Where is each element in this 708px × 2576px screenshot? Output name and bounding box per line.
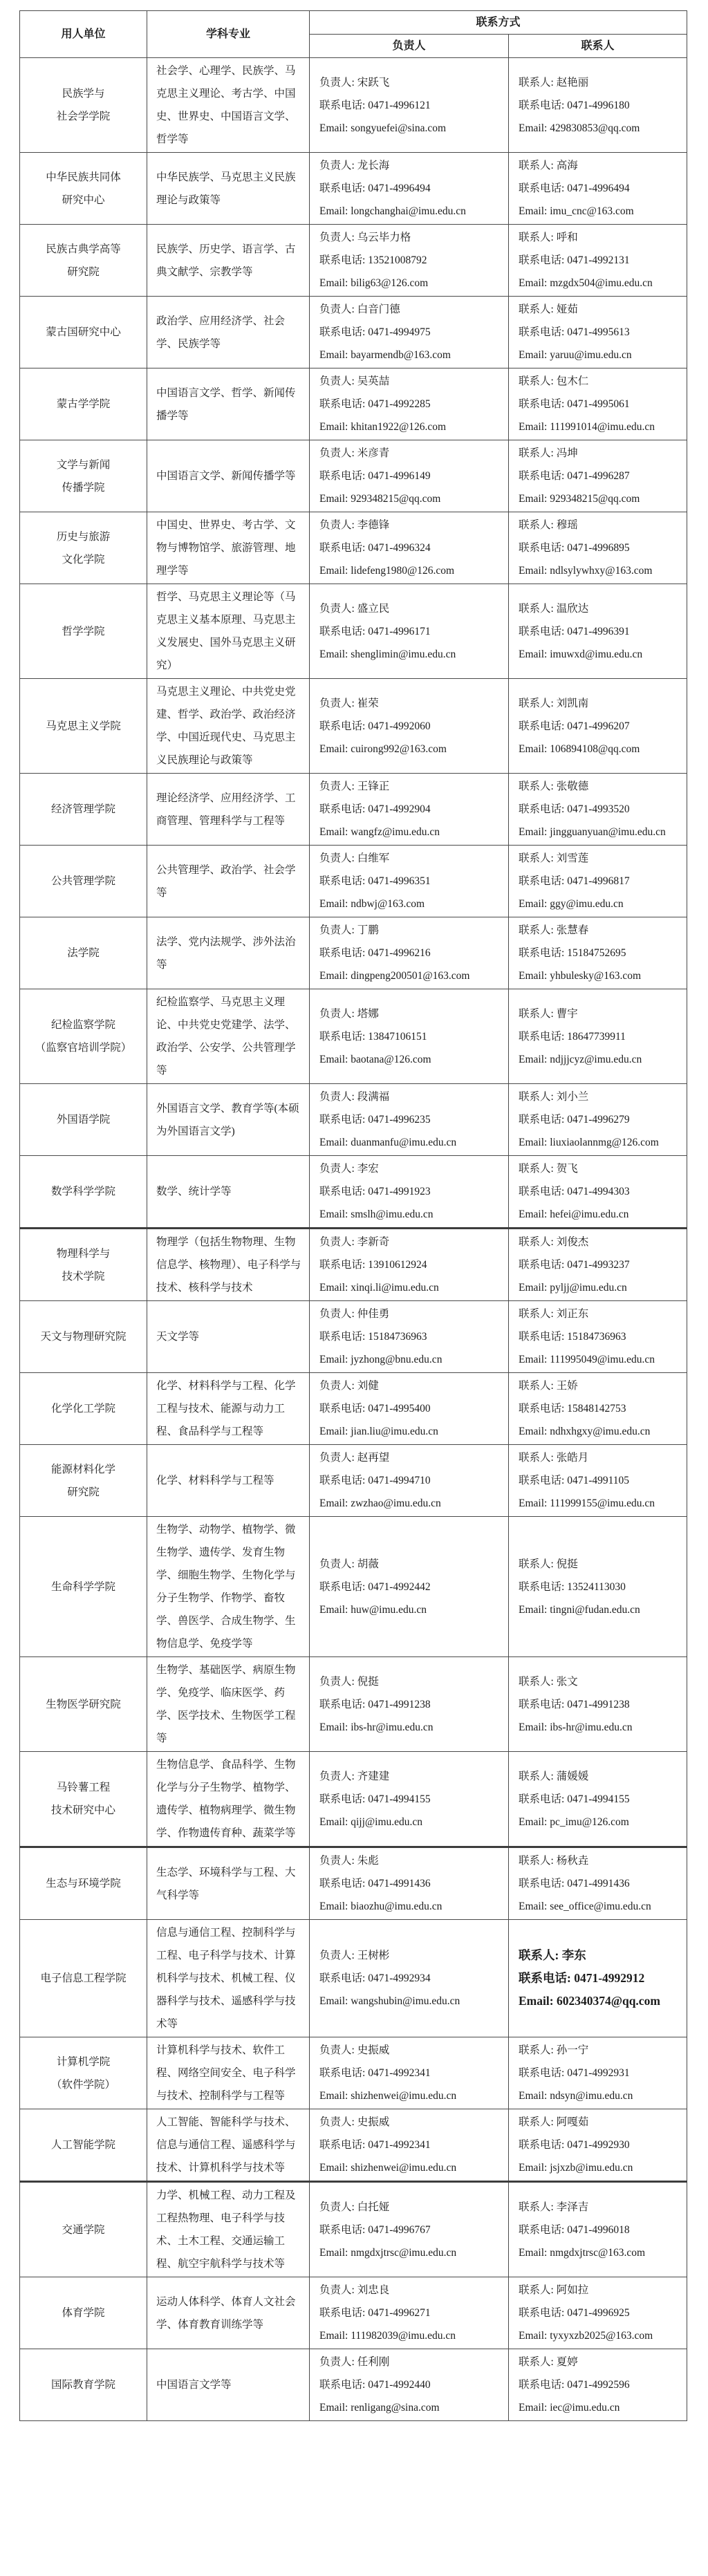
unit-cell: 民族学与 社会学学院 xyxy=(20,58,147,153)
table-row: 哲学学院哲学、马克思主义理论等（马克思主义基本原理、马克思主义发展史、国外马克思… xyxy=(20,584,687,679)
contact-email-line-label: Email xyxy=(519,421,544,433)
leader-name-line-label: 负责人 xyxy=(319,1380,352,1392)
contact-name-line: 联系人: 倪挺 xyxy=(519,1553,682,1576)
contact-phone-line-label: 联系电话 xyxy=(519,947,561,959)
contact-email-line-label: Email xyxy=(519,2162,544,2174)
leader-email-line-value: jian.liu@imu.edu.cn xyxy=(351,1426,438,1437)
contact-email-line-label: Email xyxy=(519,1604,544,1616)
leader-email-line-label: Email xyxy=(319,1721,345,1733)
leader-email-line-value: dingpeng200501@163.com xyxy=(351,970,469,982)
leader-email-line: Email: biaozhu@imu.edu.cn xyxy=(319,1895,504,1918)
contact-phone-line-label: 联系电话 xyxy=(519,1475,561,1486)
leader-email-line-label: Email xyxy=(319,1354,345,1365)
leader-name-line-label: 负责人 xyxy=(319,1163,352,1175)
leader-name-line-label: 负责人 xyxy=(319,519,352,531)
contact-email-line-label: Email xyxy=(519,349,544,361)
contact-name-line-label: 联系人 xyxy=(519,1008,551,1020)
contact-name-line: 联系人: 孙一宁 xyxy=(519,2039,682,2062)
leader-email-line-label: Email xyxy=(319,1282,345,1294)
leader-cell: 负责人: 吴英喆联系电话: 0471-4992285Email: khitan1… xyxy=(310,368,509,440)
contact-email-line-value: iec@imu.edu.cn xyxy=(550,2402,619,2414)
header-major: 学科专业 xyxy=(147,11,310,58)
major-cell: 物理学（包括生物物理、生物信息学、核物理）、电子科学与技术、核科学与技术 xyxy=(147,1229,310,1301)
leader-phone-line-value: 0471-4996235 xyxy=(368,1114,430,1126)
contact-phone-line-value: 0471-4992930 xyxy=(567,2139,629,2151)
contact-cell: 联系人: 蒲媛媛联系电话: 0471-4994155Email: pc_imu@… xyxy=(509,1752,687,1847)
leader-cell: 负责人: 段满福联系电话: 0471-4996235Email: duanman… xyxy=(310,1084,509,1156)
contact-name-line-label: 联系人 xyxy=(519,2284,551,2296)
contact-phone-line-label: 联系电话 xyxy=(519,1403,561,1415)
leader-phone-line-label: 联系电话 xyxy=(319,542,362,554)
table-row: 民族古典学高等 研究院民族学、历史学、语言学、古典文献学、宗教学等负责人: 乌云… xyxy=(20,225,687,297)
unit-cell: 马铃薯工程 技术研究中心 xyxy=(20,1752,147,1847)
contact-phone-line-value: 0471-4996895 xyxy=(567,542,629,554)
leader-phone-line: 联系电话: 0471-4992285 xyxy=(319,393,504,416)
contact-cell: 联系人: 刘小兰联系电话: 0471-4996279Email: liuxiao… xyxy=(509,1084,687,1156)
leader-phone-line-value: 0471-4994975 xyxy=(368,326,430,338)
contact-email-line-value: jingguanyuan@imu.edu.cn xyxy=(550,826,666,838)
leader-name-line-label: 负责人 xyxy=(319,781,352,792)
leader-cell: 负责人: 李德锋联系电话: 0471-4996324Email: lidefen… xyxy=(310,512,509,584)
contact-phone-line-value: 0471-4991238 xyxy=(567,1699,629,1710)
leader-email-line: Email: 111982039@imu.edu.cn xyxy=(319,2324,504,2347)
leader-name-line-value: 胡薇 xyxy=(357,1558,379,1570)
contact-name-line-value: 刘雪莲 xyxy=(557,852,589,864)
major-cell: 中国语言文学、哲学、新闻传播学等 xyxy=(147,368,310,440)
leader-email-line-value: jyzhong@bnu.edu.cn xyxy=(351,1354,442,1365)
contact-name-line-label: 联系人 xyxy=(519,2116,551,2128)
leader-name-line: 负责人: 任利刚 xyxy=(319,2351,504,2373)
contact-name-line: 联系人: 蒲媛媛 xyxy=(519,1765,682,1788)
contact-email-line-label: Email xyxy=(519,205,544,217)
major-cell: 理论经济学、应用经济学、工商管理、管理科学与工程等 xyxy=(147,774,310,846)
major-cell: 哲学、马克思主义理论等（马克思主义基本原理、马克思主义发展史、国外马克思主义研究… xyxy=(147,584,310,679)
leader-phone-line-label: 联系电话 xyxy=(319,1031,362,1043)
contact-email-line-label: Email xyxy=(519,1994,550,2008)
leader-email-line-value: 929348215@qq.com xyxy=(351,493,440,505)
contact-phone-line: 联系电话: 0471-4992931 xyxy=(519,2062,682,2084)
major-cell: 数学、统计学等 xyxy=(147,1156,310,1229)
contact-email-line-value: 602340374@qq.com xyxy=(557,1994,660,2008)
leader-name-line-value: 乌云毕力格 xyxy=(357,232,411,243)
unit-cell: 民族古典学高等 研究院 xyxy=(20,225,147,297)
contact-name-line-value: 呼和 xyxy=(557,232,578,243)
leader-cell: 负责人: 塔娜联系电话: 13847106151Email: baotana@1… xyxy=(310,989,509,1084)
leader-email-line: Email: longchanghai@imu.edu.cn xyxy=(319,200,504,223)
contact-cell: 联系人: 刘凯南联系电话: 0471-4996207Email: 1068941… xyxy=(509,679,687,774)
leader-phone-line-value: 0471-4996767 xyxy=(368,2224,430,2236)
leader-phone-line: 联系电话: 0471-4996171 xyxy=(319,620,504,643)
leader-email-line: Email: huw@imu.edu.cn xyxy=(319,1598,504,1621)
major-cell: 生物信息学、食品科学、生物化学与分子生物学、植物学、遗传学、植物病理学、微生物学… xyxy=(147,1752,310,1847)
leader-phone-line-value: 0471-4996171 xyxy=(368,626,430,637)
leader-name-line-label: 负责人 xyxy=(319,2201,352,2213)
leader-email-line: Email: xinqi.li@imu.edu.cn xyxy=(319,1276,504,1299)
contact-email-line: Email: 111995049@imu.edu.cn xyxy=(519,1348,682,1371)
contact-phone-line-label: 联系电话 xyxy=(519,1186,561,1197)
leader-phone-line-value: 0471-4996149 xyxy=(368,470,430,482)
document-page: 用人单位 学科专业 联系方式 负责人 联系人 民族学与 社会学学院社会学、心理学… xyxy=(0,0,708,2432)
contact-phone-line-value: 0471-4992931 xyxy=(567,2067,629,2079)
leader-cell: 负责人: 胡薇联系电话: 0471-4992442Email: huw@imu.… xyxy=(310,1517,509,1657)
contact-email-line-value: ndsyn@imu.edu.cn xyxy=(550,2090,633,2102)
contact-email-line-value: 111995049@imu.edu.cn xyxy=(550,1354,655,1365)
leader-name-line-label: 负责人 xyxy=(319,2044,352,2056)
leader-name-line-value: 宋跃飞 xyxy=(357,77,390,88)
contact-email-line-label: Email xyxy=(519,1497,544,1509)
unit-cell: 国际教育学院 xyxy=(20,2349,147,2421)
contact-email-line: Email: 111999155@imu.edu.cn xyxy=(519,1492,682,1515)
unit-cell: 化学化工学院 xyxy=(20,1373,147,1445)
leader-phone-line-value: 0471-4992285 xyxy=(368,398,430,410)
contact-phone-line: 联系电话: 0471-4996180 xyxy=(519,94,682,117)
leader-phone-line: 联系电话: 13847106151 xyxy=(319,1025,504,1048)
contact-email-line-label: Email xyxy=(519,1282,544,1294)
major-cell: 中国语言文学、新闻传播学等 xyxy=(147,440,310,512)
contact-email-line: Email: 602340374@qq.com xyxy=(519,1990,682,2013)
leader-name-line-label: 负责人 xyxy=(319,698,352,709)
contact-email-line-label: Email xyxy=(519,648,544,660)
contact-name-line-value: 温欣达 xyxy=(557,603,589,615)
leader-name-line-value: 齐建建 xyxy=(357,1771,390,1782)
contact-email-line-label: Email xyxy=(519,565,544,577)
leader-name-line: 负责人: 史振威 xyxy=(319,2111,504,2134)
leader-email-line-label: Email xyxy=(319,1137,345,1148)
contact-cell: 联系人: 赵艳丽联系电话: 0471-4996180Email: 4298308… xyxy=(509,58,687,153)
contact-name-line-label: 联系人 xyxy=(519,447,551,459)
leader-email-line: Email: ibs-hr@imu.edu.cn xyxy=(319,1716,504,1739)
major-cell: 运动人体科学、体育人文社会学、体育教育训练学等 xyxy=(147,2277,310,2349)
leader-cell: 负责人: 白托娅联系电话: 0471-4996767Email: nmgdxjt… xyxy=(310,2182,509,2277)
leader-cell: 负责人: 史振威联系电话: 0471-4992341Email: shizhen… xyxy=(310,2037,509,2109)
major-cell: 公共管理学、政治学、社会学等 xyxy=(147,846,310,917)
leader-name-line-value: 倪挺 xyxy=(357,1676,379,1688)
leader-cell: 负责人: 米彦青联系电话: 0471-4996149Email: 9293482… xyxy=(310,440,509,512)
contact-phone-line-value: 0471-4992596 xyxy=(567,2379,629,2391)
leader-cell: 负责人: 任利刚联系电话: 0471-4992440Email: renliga… xyxy=(310,2349,509,2421)
contact-cell: 联系人: 冯坤联系电话: 0471-4996287Email: 92934821… xyxy=(509,440,687,512)
contact-name-line-label: 联系人 xyxy=(519,375,551,387)
leader-name-line-label: 负责人 xyxy=(319,232,352,243)
contact-name-line-label: 联系人 xyxy=(519,1163,551,1175)
leader-phone-line-label: 联系电话 xyxy=(319,1259,362,1271)
leader-name-line: 负责人: 龙长海 xyxy=(319,154,504,177)
contact-name-line-value: 张皓月 xyxy=(557,1452,589,1464)
contact-name-line-value: 张敬德 xyxy=(557,781,589,792)
contact-email-line-label: Email xyxy=(519,743,544,755)
major-cell: 法学、党内法规学、涉外法治等 xyxy=(147,917,310,989)
leader-email-line-label: Email xyxy=(319,1208,345,1220)
leader-email-line-label: Email xyxy=(319,205,345,217)
contact-phone-line-value: 0471-4996287 xyxy=(567,470,629,482)
contact-phone-line: 联系电话: 0471-4995061 xyxy=(519,393,682,416)
contact-email-line: Email: jingguanyuan@imu.edu.cn xyxy=(519,821,682,843)
leader-name-line-value: 史振威 xyxy=(357,2116,390,2128)
contact-name-line: 联系人: 刘俊杰 xyxy=(519,1231,682,1253)
contact-email-line-label: Email xyxy=(519,1137,544,1148)
contact-name-line: 联系人: 高海 xyxy=(519,154,682,177)
contact-email-line-value: 111991014@imu.edu.cn xyxy=(550,421,655,433)
leader-phone-line: 联系电话: 0471-4996216 xyxy=(319,942,504,964)
leader-name-line: 负责人: 倪挺 xyxy=(319,1670,504,1693)
contact-email-line: Email: tingni@fudan.edu.cn xyxy=(519,1598,682,1621)
leader-email-line-value: bilig63@126.com xyxy=(351,277,428,289)
leader-email-line: Email: bayarmendb@163.com xyxy=(319,344,504,366)
leader-email-line: Email: dingpeng200501@163.com xyxy=(319,964,504,987)
leader-name-line-value: 李德锋 xyxy=(357,519,390,531)
leader-cell: 负责人: 白维军联系电话: 0471-4996351Email: ndbwj@1… xyxy=(310,846,509,917)
leader-email-line-label: Email xyxy=(319,2090,345,2102)
unit-cell: 法学院 xyxy=(20,917,147,989)
leader-name-line-value: 任利刚 xyxy=(357,2356,390,2368)
contact-name-line-value: 王娇 xyxy=(557,1380,578,1392)
contact-name-line-label: 联系人 xyxy=(519,781,551,792)
contact-name-line-value: 蒲媛媛 xyxy=(557,1771,589,1782)
leader-name-line-value: 李宏 xyxy=(357,1163,379,1175)
contact-cell: 联系人: 曹宇联系电话: 18647739911Email: ndjjjcyz@… xyxy=(509,989,687,1084)
unit-cell: 纪检监察学院 （监察官培训学院） xyxy=(20,989,147,1084)
contact-phone-line-value: 0471-4995061 xyxy=(567,398,629,410)
major-cell: 马克思主义理论、中共党史党建、哲学、政治学、政治经济学、中国近现代史、马克思主义… xyxy=(147,679,310,774)
leader-phone-line-label: 联系电话 xyxy=(319,2379,362,2391)
leader-email-line: Email: zwzhao@imu.edu.cn xyxy=(319,1492,504,1515)
contact-name-line: 联系人: 温欣达 xyxy=(519,597,682,620)
leader-name-line-label: 负责人 xyxy=(319,1855,352,1867)
contact-phone-line: 联系电话: 18647739911 xyxy=(519,1025,682,1048)
leader-email-line-label: Email xyxy=(319,898,345,910)
table-row: 法学院法学、党内法规学、涉外法治等负责人: 丁鹏联系电话: 0471-49962… xyxy=(20,917,687,989)
contact-name-line-value: 娅茹 xyxy=(557,304,578,315)
contact-phone-line: 联系电话: 15848142753 xyxy=(519,1397,682,1420)
contact-name-line: 联系人: 娅茹 xyxy=(519,298,682,321)
table-row: 纪检监察学院 （监察官培训学院）纪检监察学、马克思主义理论、中共党史党建学、法学… xyxy=(20,989,687,1084)
contact-cell: 联系人: 高海联系电话: 0471-4996494Email: imu_cnc@… xyxy=(509,153,687,225)
leader-phone-line-value: 0471-4996121 xyxy=(368,100,430,111)
leader-cell: 负责人: 乌云毕力格联系电话: 13521008792Email: bilig6… xyxy=(310,225,509,297)
contact-phone-line-value: 0471-4996207 xyxy=(567,720,629,732)
leader-email-line: Email: ndbwj@163.com xyxy=(319,893,504,915)
contact-phone-line: 联系电话: 0471-4996895 xyxy=(519,536,682,559)
leader-email-line-value: bayarmendb@163.com xyxy=(351,349,451,361)
contact-name-line-value: 穆瑶 xyxy=(557,519,578,531)
leader-email-line: Email: jian.liu@imu.edu.cn xyxy=(319,1420,504,1443)
leader-phone-line-value: 0471-4994710 xyxy=(368,1475,430,1486)
major-cell: 中国史、世界史、考古学、文物与博物馆学、旅游管理、地理学等 xyxy=(147,512,310,584)
leader-name-line-value: 龙长海 xyxy=(357,160,390,171)
leader-name-line-value: 刘忠良 xyxy=(357,2284,390,2296)
contact-phone-line-label: 联系电话 xyxy=(519,2224,561,2236)
contact-name-line-value: 倪挺 xyxy=(557,1558,578,1570)
contact-name-line: 联系人: 包木仁 xyxy=(519,370,682,393)
leader-email-line: Email: bilig63@126.com xyxy=(319,272,504,295)
contact-email-line-value: ibs-hr@imu.edu.cn xyxy=(550,1721,632,1733)
table-row: 蒙古学学院中国语言文学、哲学、新闻传播学等负责人: 吴英喆联系电话: 0471-… xyxy=(20,368,687,440)
table-row: 民族学与 社会学学院社会学、心理学、民族学、马克思主义理论、考古学、中国史、世界… xyxy=(20,58,687,153)
unit-cell: 电子信息工程学院 xyxy=(20,1920,147,2037)
contact-phone-line-label: 联系电话 xyxy=(519,626,561,637)
contact-email-line: Email: pyljj@imu.edu.cn xyxy=(519,1276,682,1299)
contact-phone-line-label: 联系电话 xyxy=(519,326,561,338)
leader-name-line-value: 盛立民 xyxy=(357,603,390,615)
leader-email-line: Email: smslh@imu.edu.cn xyxy=(319,1203,504,1226)
contact-name-line: 联系人: 刘小兰 xyxy=(519,1085,682,1108)
major-cell: 纪检监察学、马克思主义理论、中共党史党建学、法学、政治学、公安学、公共管理学等 xyxy=(147,989,310,1084)
leader-email-line-label: Email xyxy=(319,1901,345,1912)
contact-table: 用人单位 学科专业 联系方式 负责人 联系人 民族学与 社会学学院社会学、心理学… xyxy=(19,10,687,2421)
table-row: 电子信息工程学院信息与通信工程、控制科学与工程、电子科学与技术、计算机科学与技术… xyxy=(20,1920,687,2037)
leader-email-line-value: khitan1922@126.com xyxy=(351,421,446,433)
major-cell: 外国语言文学、教育学等(本硕为外国语言文学) xyxy=(147,1084,310,1156)
contact-email-line-label: Email xyxy=(519,2402,544,2414)
unit-cell: 经济管理学院 xyxy=(20,774,147,846)
contact-email-line-value: yhbulesky@163.com xyxy=(550,970,641,982)
contact-email-line-value: ndjjjcyz@imu.edu.cn xyxy=(550,1054,642,1065)
unit-cell: 数学科学学院 xyxy=(20,1156,147,1229)
leader-email-line-label: Email xyxy=(319,1995,345,2007)
leader-email-line-value: shizhenwei@imu.edu.cn xyxy=(351,2162,456,2174)
contact-name-line-label: 联系人 xyxy=(519,2201,551,2213)
contact-name-line-value: 刘小兰 xyxy=(557,1091,589,1103)
leader-email-line: Email: cuirong992@163.com xyxy=(319,738,504,760)
unit-cell: 计算机学院 （软件学院） xyxy=(20,2037,147,2109)
contact-cell: 联系人: 包木仁联系电话: 0471-4995061Email: 1119910… xyxy=(509,368,687,440)
contact-name-line-value: 刘正东 xyxy=(557,1308,589,1320)
leader-phone-line: 联系电话: 0471-4996271 xyxy=(319,2302,504,2324)
contact-email-line: Email: imu_cnc@163.com xyxy=(519,200,682,223)
table-row: 体育学院运动人体科学、体育人文社会学、体育教育训练学等负责人: 刘忠良联系电话:… xyxy=(20,2277,687,2349)
major-cell: 中华民族学、马克思主义民族理论与政策等 xyxy=(147,153,310,225)
contact-email-line: Email: jsjxzb@imu.edu.cn xyxy=(519,2156,682,2179)
major-cell: 生物学、动物学、植物学、微生物学、遗传学、发育生物学、细胞生物学、生物化学与分子… xyxy=(147,1517,310,1657)
contact-name-line-label: 联系人 xyxy=(519,160,551,171)
contact-name-line-value: 贺飞 xyxy=(557,1163,578,1175)
leader-phone-line-value: 0471-4991923 xyxy=(368,1186,430,1197)
leader-phone-line-label: 联系电话 xyxy=(319,1972,362,1984)
leader-phone-line-label: 联系电话 xyxy=(319,2224,362,2236)
leader-email-line-label: Email xyxy=(319,826,345,838)
leader-name-line: 负责人: 仲佳勇 xyxy=(319,1303,504,1325)
leader-email-line: Email: renligang@sina.com xyxy=(319,2396,504,2419)
contact-phone-line-value: 18647739911 xyxy=(567,1031,626,1043)
contact-name-line-label: 联系人 xyxy=(519,1558,551,1570)
table-row: 数学科学学院数学、统计学等负责人: 李宏联系电话: 0471-4991923Em… xyxy=(20,1156,687,1229)
table-header: 用人单位 学科专业 联系方式 负责人 联系人 xyxy=(20,11,687,58)
leader-phone-line-value: 13910612924 xyxy=(368,1259,427,1271)
leader-phone-line: 联系电话: 0471-4996494 xyxy=(319,177,504,200)
leader-phone-line: 联系电话: 0471-4994975 xyxy=(319,321,504,344)
leader-phone-line-value: 0471-4996324 xyxy=(368,542,430,554)
unit-cell: 物理科学与 技术学院 xyxy=(20,1229,147,1301)
table-row: 生态与环境学院生态学、环境科学与工程、大气科学等负责人: 朱彪联系电话: 047… xyxy=(20,1847,687,1920)
contact-phone-line-label: 联系电话 xyxy=(519,1114,561,1126)
contact-phone-line: 联系电话: 0471-4992131 xyxy=(519,249,682,272)
contact-cell: 联系人: 张敬德联系电话: 0471-4993520Email: jinggua… xyxy=(509,774,687,846)
table-row: 计算机学院 （软件学院）计算机科学与技术、软件工程、网络空间安全、电子科学与技术… xyxy=(20,2037,687,2109)
contact-email-line-value: 929348215@qq.com xyxy=(550,493,640,505)
contact-cell: 联系人: 刘俊杰联系电话: 0471-4993237Email: pyljj@i… xyxy=(509,1229,687,1301)
leader-email-line-label: Email xyxy=(319,1497,345,1509)
leader-phone-line: 联系电话: 0471-4992341 xyxy=(319,2062,504,2084)
contact-name-line-label: 联系人 xyxy=(519,77,551,88)
contact-name-line-value: 李泽吉 xyxy=(557,2201,589,2213)
leader-name-line-label: 负责人 xyxy=(319,160,352,171)
contact-phone-line: 联系电话: 0471-4996817 xyxy=(519,870,682,893)
leader-cell: 负责人: 李宏联系电话: 0471-4991923Email: smslh@im… xyxy=(310,1156,509,1229)
contact-name-line-value: 刘凯南 xyxy=(557,698,589,709)
leader-email-line-value: huw@imu.edu.cn xyxy=(351,1604,427,1616)
contact-name-line: 联系人: 杨秋垚 xyxy=(519,1849,682,1872)
contact-cell: 联系人: 李东联系电话: 0471-4992912Email: 60234037… xyxy=(509,1920,687,2037)
contact-name-line-label: 联系人 xyxy=(519,519,551,531)
unit-cell: 天文与物理研究院 xyxy=(20,1301,147,1373)
leader-name-line-value: 白音门德 xyxy=(357,304,400,315)
leader-email-line: Email: nmgdxjtrsc@imu.edu.cn xyxy=(319,2241,504,2264)
contact-email-line: Email: liuxiaolannmg@126.com xyxy=(519,1131,682,1154)
leader-phone-line-value: 0471-4992341 xyxy=(368,2139,430,2151)
leader-phone-line-label: 联系电话 xyxy=(319,100,362,111)
contact-phone-line-value: 0471-4996018 xyxy=(567,2224,629,2236)
contact-email-line-label: Email xyxy=(519,277,544,289)
unit-cell: 蒙古学学院 xyxy=(20,368,147,440)
contact-name-line: 联系人: 张慧春 xyxy=(519,919,682,942)
contact-email-line: Email: 106894108@qq.com xyxy=(519,738,682,760)
leader-name-line: 负责人: 史振威 xyxy=(319,2039,504,2062)
leader-phone-line-value: 13847106151 xyxy=(368,1031,427,1043)
contact-email-line: Email: tyxyxzb2025@163.com xyxy=(519,2324,682,2347)
table-row: 生物医学研究院生物学、基础医学、病原生物学、免疫学、临床医学、药学、医学技术、生… xyxy=(20,1657,687,1752)
leader-phone-line-value: 0471-4992060 xyxy=(368,720,430,732)
contact-email-line-value: see_office@imu.edu.cn xyxy=(550,1901,651,1912)
leader-phone-line-value: 13521008792 xyxy=(368,254,427,266)
leader-email-line: Email: shizhenwei@imu.edu.cn xyxy=(319,2084,504,2107)
contact-phone-line-label: 联系电话 xyxy=(519,875,561,887)
leader-phone-line: 联系电话: 0471-4992442 xyxy=(319,1576,504,1598)
table-row: 中华民族共同体 研究中心中华民族学、马克思主义民族理论与政策等负责人: 龙长海联… xyxy=(20,153,687,225)
leader-name-line: 负责人: 米彦青 xyxy=(319,442,504,465)
leader-email-line-label: Email xyxy=(319,970,345,982)
contact-email-line: Email: ndhxhgxy@imu.edu.cn xyxy=(519,1420,682,1443)
leader-name-line-label: 负责人 xyxy=(319,1452,352,1464)
unit-cell: 哲学学院 xyxy=(20,584,147,679)
contact-email-line-label: Email xyxy=(519,1816,544,1828)
unit-cell: 体育学院 xyxy=(20,2277,147,2349)
leader-name-line-label: 负责人 xyxy=(319,2356,352,2368)
leader-email-line-value: wangfz@imu.edu.cn xyxy=(351,826,440,838)
table-row: 公共管理学院公共管理学、政治学、社会学等负责人: 白维军联系电话: 0471-4… xyxy=(20,846,687,917)
contact-cell: 联系人: 夏婷联系电话: 0471-4992596Email: iec@imu.… xyxy=(509,2349,687,2421)
contact-phone-line: 联系电话: 0471-4991105 xyxy=(519,1469,682,1492)
leader-cell: 负责人: 刘忠良联系电话: 0471-4996271Email: 1119820… xyxy=(310,2277,509,2349)
leader-phone-line-label: 联系电话 xyxy=(319,398,362,410)
leader-email-line-label: Email xyxy=(319,2330,345,2342)
major-cell: 中国语言文学等 xyxy=(147,2349,310,2421)
leader-cell: 负责人: 宋跃飞联系电话: 0471-4996121Email: songyue… xyxy=(310,58,509,153)
contact-phone-line-label: 联系电话 xyxy=(519,1971,567,1985)
major-cell: 化学、材料科学与工程、化学工程与技术、能源与动力工程、食品科学与工程等 xyxy=(147,1373,310,1445)
major-cell: 政治学、应用经济学、社会学、民族学等 xyxy=(147,297,310,368)
unit-cell: 生物医学研究院 xyxy=(20,1657,147,1752)
table-row: 经济管理学院理论经济学、应用经济学、工商管理、管理科学与工程等负责人: 王锋正联… xyxy=(20,774,687,846)
unit-cell: 蒙古国研究中心 xyxy=(20,297,147,368)
leader-phone-line: 联系电话: 0471-4994710 xyxy=(319,1469,504,1492)
leader-name-line-label: 负责人 xyxy=(319,924,352,936)
major-cell: 化学、材料科学与工程等 xyxy=(147,1445,310,1517)
contact-phone-line-label: 联系电话 xyxy=(519,2379,561,2391)
leader-name-line-label: 负责人 xyxy=(319,1236,352,1248)
contact-cell: 联系人: 呼和联系电话: 0471-4992131Email: mzgdx504… xyxy=(509,225,687,297)
leader-email-line-value: ibs-hr@imu.edu.cn xyxy=(351,1721,433,1733)
leader-phone-line-value: 0471-4996494 xyxy=(368,183,430,194)
